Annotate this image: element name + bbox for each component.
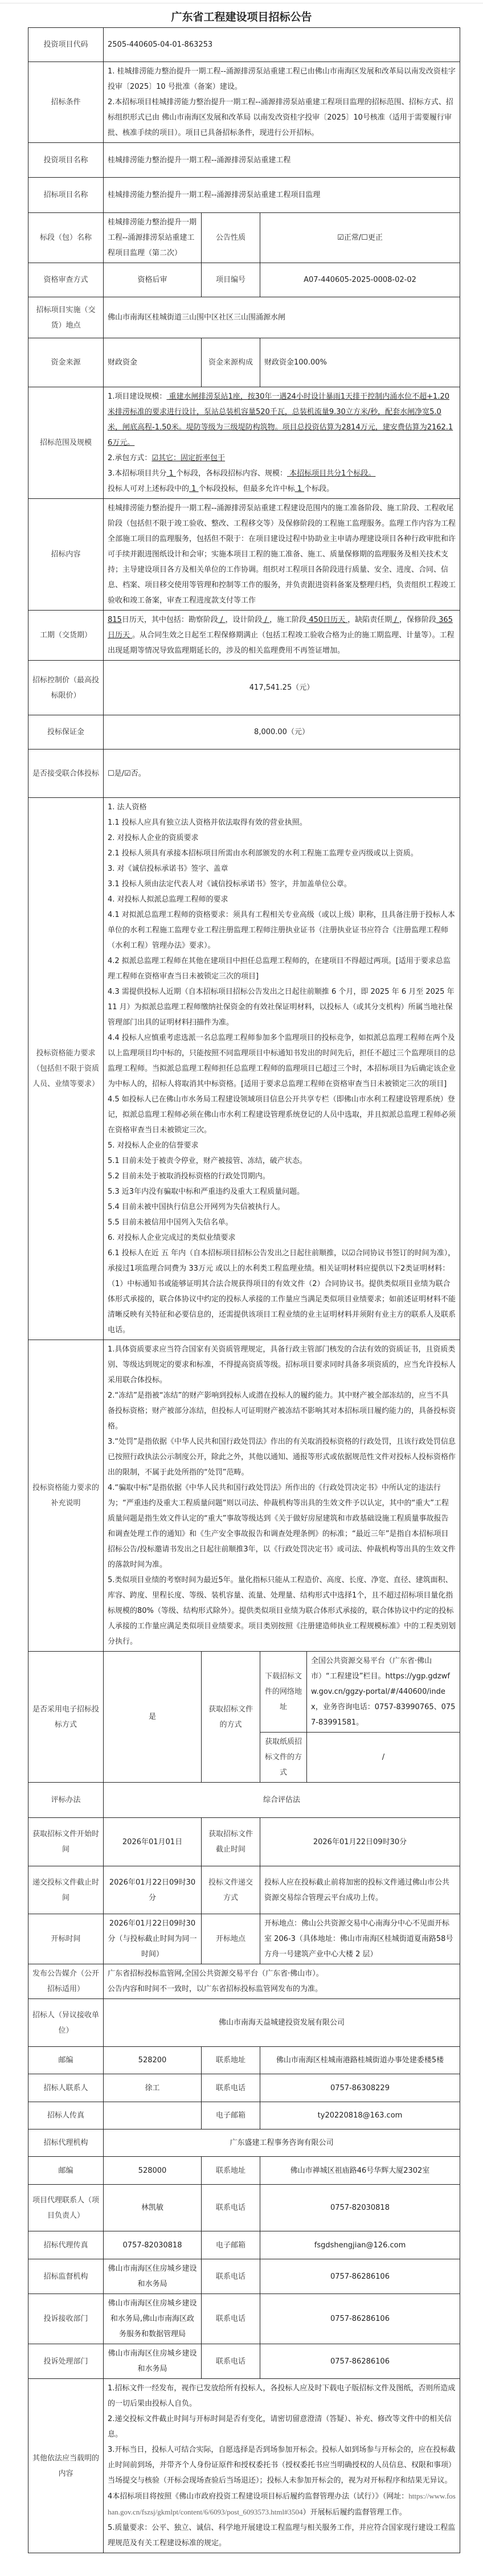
notice-nature: ☑正常/☐更正 [260, 213, 460, 263]
requirement-line: 6. 对投标人企业完成过的类似业绩要求 [108, 1230, 456, 1246]
requirement-line: 5.5 目前未被信用中国列入失信名单。 [108, 1215, 456, 1230]
period-text: 日历天，其中包括：勘察阶段 [122, 616, 218, 624]
row-deposit: 投标保证金 8,000.00（元） [28, 715, 460, 750]
scope-4c: 个标段。 [304, 485, 334, 493]
label: 联系电话 [202, 2185, 260, 2231]
scope-4b: 个标段投标，但最多允许中标 [199, 485, 295, 493]
opening-time: 2026年01月22日09时30分（与投标截止时间为同一时间） [104, 1914, 202, 1964]
requirement-line: 6.1 投标人在近 五 年内（自本招标项目招标公告发出之日起往前顺推，以☑合同协… [108, 1246, 456, 1338]
label: 投诉处理部门 [28, 2344, 104, 2379]
submit-method: 投标人应在投标截止前将加密的投标文件通过佛山市公共资源交易综合管理云平台成功上传… [260, 1866, 460, 1914]
label: 工期（交货期） [28, 611, 104, 661]
label: 资金来源 [28, 338, 104, 387]
requirement-line: 5.1 目前未处于被责令停业，财产被接管、冻结，破产状态。 [108, 1153, 456, 1169]
funding-source: 财政资金 [104, 338, 202, 387]
label: 公告性质 [202, 213, 260, 263]
label: 标段（包）名称 [28, 213, 104, 263]
supplement-value: 1.具体资质要求应当符合国家有关资质管理规定，具备行政主管部门核发的合法有效的资… [104, 1340, 460, 1652]
requirement-line: 4.4 投标人应慎重考虑选派一名总监理工程师参加多个监理项目的投标竞争，如拟派总… [108, 1030, 456, 1092]
row-submit: 递交投标文件截止时间 2026年01月22日09时30分 投标文件递交方式 投标… [28, 1866, 460, 1914]
label: 联系地址 [202, 2157, 260, 2185]
label: 递交投标文件截止时间 [28, 1866, 104, 1914]
label: 联系电话 [202, 2074, 260, 2102]
other-line-5: 5.质量要求：公平、独立、诚信、科学地开展建设工程监理与相关服务工作，并应符合国… [108, 2520, 456, 2551]
label: 招标条件 [28, 62, 104, 143]
requirement-line: 4.5 如投标人已在佛山市水务局工程建设领域项目信息公开共享专栏（即佛山市水利工… [108, 1092, 456, 1138]
label: 是否接受联合体投标 [28, 750, 104, 798]
label: 获取招标文件开始时间 [28, 1818, 104, 1866]
row-control-price: 招标控制价（最高投标限价） 417,541.25（元） [28, 661, 460, 715]
label: 下载招标文件的网络地址 [260, 1652, 307, 1733]
scope-2: 2.承包方式：☑其它：固定折率包干 [108, 451, 456, 466]
row-tenderer-fax: 招标人传真 电子邮箱 ty20220818@163.com [28, 2102, 460, 2129]
row-tenderer-postcode: 邮编 528200 联系地址 佛山市南海区桂城南港路桂城街道办事处建委楼5楼 [28, 2047, 460, 2074]
requirement-line: 4.2 拟派总监理工程师在其他在建项目中担任总监理工程师的，在建项目不得超过两项… [108, 953, 456, 984]
label: 投标资格能力要求的补充说明 [28, 1340, 104, 1652]
row-period: 工期（交货期） 815日历天，其中包括：勘察阶段 / ，设计阶段 / ，施工阶段… [28, 611, 460, 661]
tenderer-name: 佛山市南海天益城建投资发展有限公司 [104, 1999, 460, 2047]
opening-place: 开标地点：佛山公共资源交易中心南海分中心不见面开标室 206-3（具体地址：佛山… [260, 1914, 460, 1964]
scope-4a: 投标人可对上述标段中的 [108, 485, 189, 493]
row-supervision: 招标监督机构 佛山市南海区住房城乡建设和水务局 联系电话 0757-862861… [28, 2259, 460, 2294]
label: 投诉接收部门 [28, 2294, 104, 2344]
row-others: 其他依法应当载明的内容 1.招标文件一经发布，视作已发放给所有投标人，各投标人应… [28, 2379, 460, 2553]
total-days: 815 [108, 616, 122, 624]
agency-name: 广东盛建工程事务咨询有限公司 [104, 2129, 460, 2157]
requirement-line: 3. 对《诚信投标承诺书》签字、盖章 [108, 861, 456, 877]
tenderer-postcode: 528200 [104, 2047, 202, 2074]
investment-code: 2505-440605-04-01-863253 [104, 28, 460, 62]
label: 项目代理联系人（项目负责人） [28, 2185, 104, 2231]
scope-3-detail: 本招标项目共分1个标段。 [287, 469, 375, 478]
content-value: 桂城排涝能力整治提升一期工程--涌源排涝泵站重建工程建设范围内的施工准备阶段、施… [104, 499, 460, 611]
location: 佛山市南海区桂城街道三山围中区社区三山围涌源水闸 [104, 297, 460, 338]
scope-2-prefix: 2.承包方式： [108, 454, 152, 462]
row-tenderer-contact: 招标人联系人 徐工 联系电话 0757-86308229 [28, 2074, 460, 2102]
row-complaint-receive: 投诉接收部门 佛山市南海区住房城乡建设和水务局,佛山市南海区政务服务和数据管理局… [28, 2294, 460, 2344]
media-line-1: 广东省招标投标监管网,全国公共资源交易平台（广东省·佛山市）。 [108, 1966, 456, 1981]
agency-phone: 0757-82030818 [260, 2185, 460, 2231]
requirement-line: 4. 对投标人拟派总监理工程师的要求 [108, 892, 456, 907]
label: 开标地点 [202, 1914, 260, 1964]
scope-value: 1.项目建设规模： 重建水闸排涝泵站1座，按30年一遇24小时设计暴雨1天排干控… [104, 387, 460, 499]
tenderer-fax [104, 2102, 202, 2129]
row-section-name: 标段（包）名称 桂城排涝能力整治提升一期工程--涌源排涝泵站重建工程项目监理（第… [28, 213, 460, 263]
obtain-end: 2026年01月22日09时30分 [260, 1818, 460, 1866]
complaint-handle-dept: 佛山市南海区住房城乡建设和水务局 [104, 2344, 202, 2379]
supplement-line: 4.“骗取中标”是指依据《中华人民共和国行政处罚法》所作出的《行政处罚决定书》中… [108, 1480, 456, 1572]
other-line-1: 1.招标文件一经发布，视作已发放给所有投标人，各投标人应及时下载电子版招标文件及… [108, 2381, 456, 2411]
tender-notice-table: 投资项目代码 2505-440605-04-01-863253 招标条件 1. … [28, 27, 460, 2553]
requirement-line: 5.3 近3年内没有骗取中标和严重违约及重大工程质量问题。 [108, 1184, 456, 1199]
label: 获取纸质招标文件的方式 [260, 1733, 307, 1783]
tenderer-email[interactable]: ty20220818@163.com [260, 2102, 460, 2129]
label: 招标项目实施（交货）地点 [28, 297, 104, 338]
defect-period: / [392, 616, 399, 624]
tender-name: 桂城排涝能力整治提升一期工程--涌源排涝泵站重建工程项目监理 [104, 178, 460, 213]
media-line-2: 公告内容和时间不一致时，以广东省招标投标监管网发布的为准。 [108, 1981, 456, 1997]
row-opening: 开标时间 2026年01月22日09时30分（与投标截止时间为同一时间） 开标地… [28, 1914, 460, 1964]
other-line-2: 2.递交投标文件截止时间与开标时间是否有变化，请密切留意澄清（答疑）、补充、修改… [108, 2411, 456, 2442]
requirement-line: 5. 对投标人企业的信誉要求 [108, 1138, 456, 1153]
condition-1: 1. 桂城排涝能力整治提升一期工程--涌源排涝泵站重建工程已由佛山市南海区发展和… [108, 64, 456, 95]
agency-address: 佛山市禅城区祖庙路46号华辉大厦2302室 [260, 2157, 460, 2185]
obtain-start: 2026年01月01日 [104, 1818, 202, 1866]
row-evaluation: 评标办法 综合评估法 [28, 1783, 460, 1818]
label: 开标时间 [28, 1914, 104, 1964]
label: 招标范围及规模 [28, 387, 104, 499]
submit-deadline: 2026年01月22日09时30分 [104, 1866, 202, 1914]
requirement-line: 2. 对投标人企业的资质要求 [108, 830, 456, 846]
supervision-agency: 佛山市南海区住房城乡建设和水务局 [104, 2259, 202, 2294]
download-address[interactable]: 全国公共资源交易平台（广东省·佛山市）“工程建设”栏目。https://ygp.… [307, 1652, 460, 1733]
period-text: ，设计阶段 [226, 616, 263, 624]
label: 联系电话 [202, 2259, 260, 2294]
row-requirements: 投标资格能力要求（包括但不限于资质人员、业绩等要求） 1. 法人资格 1.1 投… [28, 798, 460, 1340]
section-count: 1 [166, 469, 176, 478]
label: 投资项目名称 [28, 143, 104, 178]
other-line-3: 3.开标当日，投标人可结合实际，自愿选择是否到场参加开标会。投标人如到场参与开标… [108, 2442, 456, 2488]
supplement-line: 2.“冻结”是指被“冻结”的财产影响到投标人或潜在投标人的履约能力。其中财产被全… [108, 1388, 456, 1434]
agency-postcode: 528000 [104, 2157, 202, 2185]
period-text: 。从合同生效之日起至工程保修期满止（包括工程竣工验收合格为止的施工期监理、计量等… [108, 631, 455, 655]
scope-2-detail: ☑其它：固定折率包干 [152, 454, 225, 462]
row-agency-fax: 招标代理传真 0757-82030818 电子邮箱 fsgdshengjian@… [28, 2231, 460, 2259]
label: 联系电话 [202, 2344, 260, 2379]
row-tenderer: 招标人（异议接收单位） 佛山市南海天益城建投资发展有限公司 [28, 1999, 460, 2047]
label: 是否采用电子招标投标方式 [28, 1652, 104, 1783]
others-value: 1.招标文件一经发布，视作已发放给所有投标人，各投标人应及时下载电子版招标文件及… [104, 2379, 460, 2553]
complaint-receive-phone: 0757-86286106 [260, 2294, 460, 2344]
row-electronic-download: 是否采用电子招标投标方式 是 获取招标文件的方式 下载招标文件的网络地址 全国公… [28, 1652, 460, 1733]
win-sections: 1 [295, 485, 305, 493]
label: 招标代理传真 [28, 2231, 104, 2259]
label: 投资项目代码 [28, 28, 104, 62]
media-value: 广东省招标投标监管网,全国公共资源交易平台（广东省·佛山市）。 公告内容和时间不… [104, 1964, 460, 1999]
requirement-line: 2.1 投标人须具有承接本招标项目所需由水利部颁发的水利工程施工监理专业丙级或以… [108, 846, 456, 861]
requirement-line: 3.1 投标人须由法定代表人对《诚信投标承诺书》签字，并加盖单位公章。 [108, 877, 456, 892]
row-agency-contact: 项目代理联系人（项目负责人） 林凯敏 联系电话 0757-82030818 [28, 2185, 460, 2231]
evaluation-method: 综合评估法 [104, 1783, 460, 1818]
row-qualification: 资格审查方式 资格后审 项目编号 A07-440605-2025-0008-02… [28, 263, 460, 297]
supplement-line: 1.具体资质要求应当符合国家有关资质管理规定，具备行政主管部门核发的合法有效的资… [108, 1342, 456, 1388]
qualification-method: 资格后审 [104, 263, 202, 297]
label: 投标保证金 [28, 715, 104, 750]
complaint-receive-dept: 佛山市南海区住房城乡建设和水务局,佛山市南海区政务服务和数据管理局 [104, 2294, 202, 2344]
period-text: ，施工阶段 [269, 616, 306, 624]
investment-name: 桂城排涝能力整治提升一期工程--涌源排涝泵站重建工程 [104, 143, 460, 178]
label: 招标内容 [28, 499, 104, 611]
scope-1-prefix: 1.项目建设规模： [108, 392, 166, 401]
project-number: A07-440605-2025-0008-02-02 [260, 263, 460, 297]
label: 投标文件递交方式 [202, 1866, 260, 1914]
label: 联系地址 [202, 2047, 260, 2074]
row-tender-name: 招标项目名称 桂城排涝能力整治提升一期工程--涌源排涝泵站重建工程项目监理 [28, 178, 460, 213]
requirement-line: 1. 法人资格 [108, 800, 456, 815]
page-title: 广东省工程建设项目招标公告 [0, 10, 483, 24]
label: 招标人传真 [28, 2102, 104, 2129]
row-scope: 招标范围及规模 1.项目建设规模： 重建水闸排涝泵站1座，按30年一遇24小时设… [28, 387, 460, 499]
requirements-value: 1. 法人资格 1.1 投标人应具有独立法人资格并依法取得有效的营业执照。 2.… [104, 798, 460, 1340]
complaint-handle-phone: 0757-86286106 [260, 2344, 460, 2379]
row-consortium: 是否接受联合体投标 ☐是/☑否。 [28, 750, 460, 798]
period-text: ，保修阶段 [399, 616, 436, 624]
label: 招标人（异议接收单位） [28, 1999, 104, 2047]
construction-stage: 450日历天 [306, 616, 347, 624]
requirement-line: 4.1 对拟派总监理工程师的资格要求：须具有工程相关专业高级（或以上级）职称，且… [108, 907, 456, 953]
label: 资金来源构成 [202, 338, 260, 387]
agency-email[interactable]: fsgdshengjian@126.com [260, 2231, 460, 2259]
row-complaint-handle: 投诉处理部门 佛山市南海区住房城乡建设和水务局 联系电话 0757-862861… [28, 2344, 460, 2379]
other-line-4: 4本招标项目将按照《佛山市政府投资工程建设项目标后履约监督管理办法（试行）》（网… [108, 2488, 456, 2520]
label: 资格审查方式 [28, 263, 104, 297]
label: 邮编 [28, 2047, 104, 2074]
survey-stage: / [218, 616, 226, 624]
label: 电子邮箱 [202, 2231, 260, 2259]
condition-2: 2.本招标项目桂城排涝能力整治提升一期工程--涌源排涝泵站重建工程项目监理的招标… [108, 95, 456, 141]
row-media: 发布公告媒介（公开招标适用） 广东省招标投标监管网,全国公共资源交易平台（广东省… [28, 1964, 460, 1999]
requirement-line: 4.3 需提供投标人近期（自本招标项目招标公告发出之日起往前顺推 6 个月，即 … [108, 984, 456, 1030]
label: 其他依法应当载明的内容 [28, 2379, 104, 2553]
bid-deposit: 8,000.00（元） [104, 715, 460, 750]
scope-3: 3.本招标项目共分 1 个标段，各标段招标内容、规模： 本招标项目共分1个标段。 [108, 466, 456, 481]
label: 邮编 [28, 2157, 104, 2185]
scope-3b: 个标段，各标段招标内容、规模： [176, 469, 287, 478]
design-stage: / [263, 616, 270, 624]
other-line-4b: ）开展标后履约监督管理工作。 [303, 2508, 407, 2517]
tenderer-contact: 徐工 [104, 2074, 202, 2102]
period-value: 815日历天，其中包括：勘察阶段 / ，设计阶段 / ，施工阶段 450日历天 … [104, 611, 460, 661]
row-investment-name: 投资项目名称 桂城排涝能力整治提升一期工程--涌源排涝泵站重建工程 [28, 143, 460, 178]
agency-contact: 林凯敏 [104, 2185, 202, 2231]
label: 获取招标文件的方式 [202, 1652, 260, 1783]
top-divider [0, 0, 483, 3]
label: 招标监督机构 [28, 2259, 104, 2294]
row-content: 招标内容 桂城排涝能力整治提升一期工程--涌源排涝泵站重建工程建设范围内的施工准… [28, 499, 460, 611]
supervision-phone: 0757-86286106 [260, 2259, 460, 2294]
other-line-4a: 4本招标项目将按照《佛山市政府投资工程建设项目标后履约监督管理办法（试行）》（网… [108, 2492, 408, 2501]
requirement-line: 5.2 目前未处于被取消投标资格的行政处罚期内。 [108, 1169, 456, 1184]
label: 联系电话 [202, 2294, 260, 2344]
scope-4: 投标人可对上述标段中的 1 个标段投标，但最多允许中标 1 个标段。 [108, 481, 456, 497]
label: 评标办法 [28, 1783, 104, 1818]
tenderer-phone: 0757-86308229 [260, 2074, 460, 2102]
row-agency: 招标代理机构 广东盛建工程事务咨询有限公司 [28, 2129, 460, 2157]
tenderer-address: 佛山市南海区桂城南港路桂城街道办事处建委楼5楼 [260, 2047, 460, 2074]
requirement-line: 1.1 投标人应具有独立法人资格并依法取得有效的营业执照。 [108, 815, 456, 830]
row-investment-code: 投资项目代码 2505-440605-04-01-863253 [28, 28, 460, 62]
agency-fax: 0757-82030818 [104, 2231, 202, 2259]
row-funding: 资金来源 财政资金 资金来源构成 财政资金100.00% [28, 338, 460, 387]
period-text: ，缺陷责任期 [347, 616, 392, 624]
label: 招标项目名称 [28, 178, 104, 213]
conditions-value: 1. 桂城排涝能力整治提升一期工程--涌源排涝泵站重建工程已由佛山市南海区发展和… [104, 62, 460, 143]
paper-method: / [307, 1733, 460, 1783]
requirement-line: 5.4 目前未被中国执行信息公开网列为失信被执行人。 [108, 1199, 456, 1215]
bottom-spacer [0, 2553, 483, 2576]
label: 获取招标文件截止时间 [202, 1818, 260, 1866]
row-obtain-time: 获取招标文件开始时间 2026年01月01日 获取招标文件截止时间 2026年0… [28, 1818, 460, 1866]
bid-sections: 1 [189, 485, 199, 493]
label: 招标人联系人 [28, 2074, 104, 2102]
label: 项目编号 [202, 263, 260, 297]
row-agency-postcode: 邮编 528000 联系地址 佛山市禅城区祖庙路46号华辉大厦2302室 [28, 2157, 460, 2185]
label: 电子邮箱 [202, 2102, 260, 2129]
row-supplement: 投标资格能力要求的补充说明 1.具体资质要求应当符合国家有关资质管理规定，具备行… [28, 1340, 460, 1652]
consortium-value: ☐是/☑否。 [104, 750, 460, 798]
label: 投标资格能力要求（包括但不限于资质人员、业绩等要求） [28, 798, 104, 1340]
scope-3a: 3.本招标项目共分 [108, 469, 166, 478]
supplement-line: 3.“处罚”是指依据《中华人民共和国行政处罚法》作出的有关取消投标资格的行政处罚… [108, 1434, 456, 1480]
scope-1: 1.项目建设规模： 重建水闸排涝泵站1座，按30年一遇24小时设计暴雨1天排干控… [108, 389, 456, 451]
label: 发布公告媒介（公开招标适用） [28, 1964, 104, 1999]
label: 招标代理机构 [28, 2129, 104, 2157]
row-location: 招标项目实施（交货）地点 佛山市南海区桂城街道三山围中区社区三山围涌源水闸 [28, 297, 460, 338]
label: 招标控制价（最高投标限价） [28, 661, 104, 715]
supplement-line: 5.类似项目业绩的考察时间为最近5年。量化指标只能从工程造价、高度、长度、净宽、… [108, 1572, 456, 1649]
control-price: 417,541.25（元） [104, 661, 460, 715]
funding-composition: 财政资金100.00% [260, 338, 460, 387]
section-name: 桂城排涝能力整治提升一期工程--涌源排涝泵站重建工程项目监理（第二次） [104, 213, 202, 263]
row-conditions: 招标条件 1. 桂城排涝能力整治提升一期工程--涌源排涝泵站重建工程已由佛山市南… [28, 62, 460, 143]
electronic-value: 是 [104, 1652, 202, 1783]
